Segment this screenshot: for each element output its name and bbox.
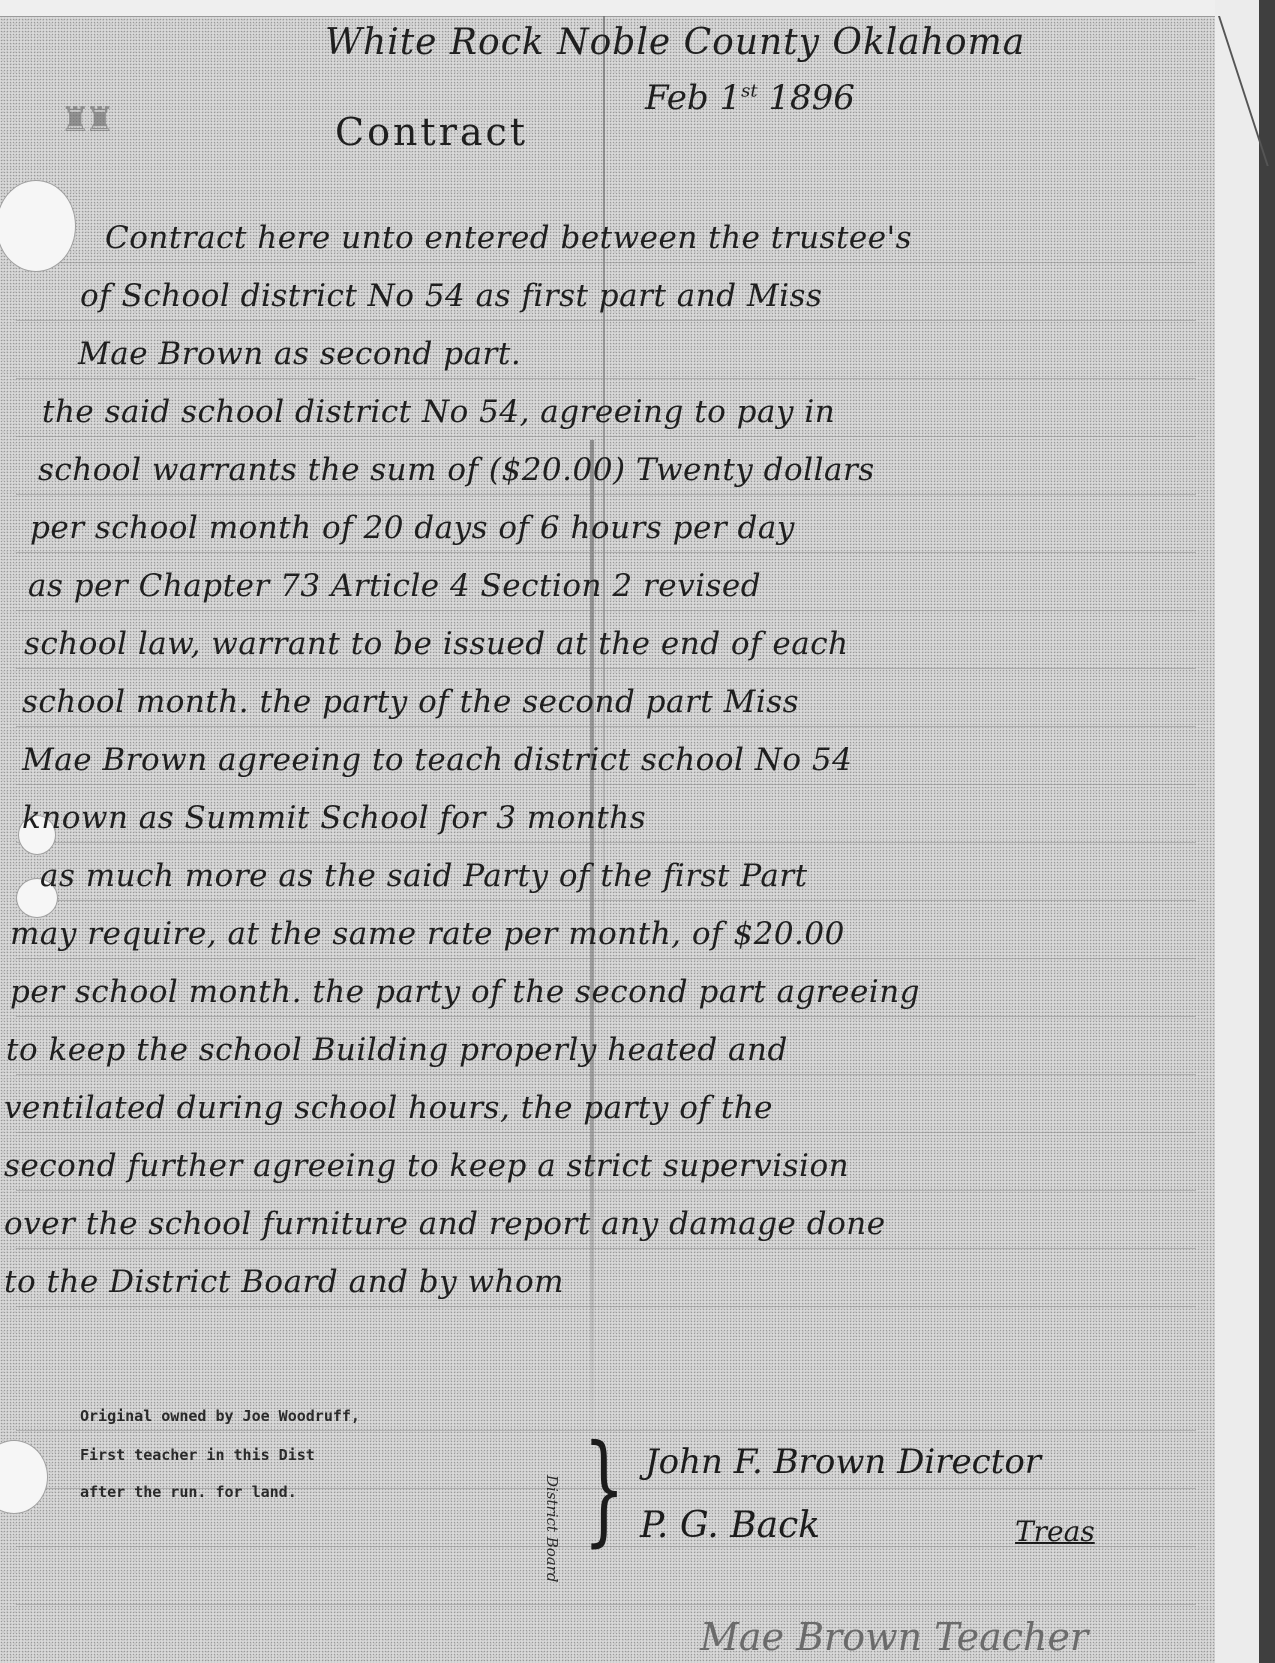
ruled-line — [16, 1132, 1196, 1133]
body-line: the said school district No 54, agreeing… — [42, 394, 835, 430]
body-line: per school month. the party of the secon… — [10, 974, 920, 1010]
ruled-line — [16, 436, 1196, 437]
body-line: over the school furniture and report any… — [4, 1206, 886, 1242]
body-line: Mae Brown as second part. — [78, 336, 521, 372]
body-line: Contract here unto entered between the t… — [105, 220, 912, 256]
ruled-line — [16, 1306, 1196, 1307]
typed-note-line: Original owned by Joe Woodruff, — [80, 1407, 360, 1425]
ruled-line — [16, 900, 1196, 901]
ruled-line — [16, 378, 1196, 379]
ruled-line — [16, 726, 1196, 727]
body-line: may require, at the same rate per month,… — [10, 916, 845, 952]
scanned-document-page: ♜♜ White Rock Noble County Oklahoma Feb … — [0, 0, 1275, 1663]
body-line: to the District Board and by whom — [4, 1264, 564, 1300]
signature-director: John F. Brown Director — [645, 1442, 1041, 1482]
ruled-line — [16, 1190, 1196, 1191]
body-line: to keep the school Building properly hea… — [6, 1032, 788, 1068]
scan-right-border — [1259, 0, 1275, 1663]
date-year: 1896 — [768, 78, 855, 118]
ruled-line — [16, 1604, 1196, 1605]
body-line: school month. the party of the second pa… — [22, 684, 799, 720]
signature-treasurer-name: P. G. Back — [640, 1505, 820, 1546]
scan-top-edge — [0, 0, 1275, 17]
date-day: 1 — [719, 78, 741, 118]
district-board-label: District Board — [544, 1475, 560, 1565]
contract-title: Contract — [335, 110, 528, 154]
ruled-line — [16, 842, 1196, 843]
ruled-line — [16, 784, 1196, 785]
body-line: per school month of 20 days of 6 hours p… — [30, 510, 795, 546]
ruled-line — [16, 1074, 1196, 1075]
signature-teacher: Mae Brown Teacher — [700, 1615, 1088, 1659]
signature-treasurer-title: Treas — [1015, 1515, 1095, 1548]
ruled-line — [16, 1248, 1196, 1249]
typed-note-line: after the run. for land. — [80, 1483, 297, 1501]
body-line: known as Summit School for 3 months — [22, 800, 646, 836]
header-place: White Rock Noble County Oklahoma — [325, 22, 1025, 63]
body-line: second further agreeing to keep a strict… — [4, 1148, 849, 1184]
body-line: ventilated during school hours, the part… — [4, 1090, 773, 1126]
body-line: of School district No 54 as first part a… — [80, 278, 822, 314]
ruled-line — [16, 668, 1196, 669]
body-line: school warrants the sum of ($20.00) Twen… — [38, 452, 875, 488]
punch-hole — [0, 1440, 48, 1514]
date-month: Feb — [645, 78, 709, 118]
ruled-line — [16, 958, 1196, 959]
header-date: Feb 1st 1896 — [645, 78, 855, 118]
faded-stamp-icon: ♜♜ — [60, 100, 145, 165]
typed-note-line: First teacher in this Dist — [80, 1446, 315, 1464]
body-line: as per Chapter 73 Article 4 Section 2 re… — [28, 568, 761, 604]
ruled-line — [16, 610, 1196, 611]
curly-brace-icon: } — [583, 1430, 625, 1550]
body-line: Mae Brown agreeing to teach district sch… — [22, 742, 852, 778]
ruled-line — [16, 494, 1196, 495]
ruled-line — [16, 320, 1196, 321]
body-line: as much more as the said Party of the fi… — [40, 858, 808, 894]
scan-right-margin — [1215, 0, 1259, 1663]
punch-hole — [0, 180, 76, 272]
body-line: school law, warrant to be issued at the … — [24, 626, 849, 662]
date-day-suffix: st — [741, 81, 757, 102]
ruled-line — [16, 1016, 1196, 1017]
ruled-line — [16, 262, 1196, 263]
ruled-line — [16, 552, 1196, 553]
